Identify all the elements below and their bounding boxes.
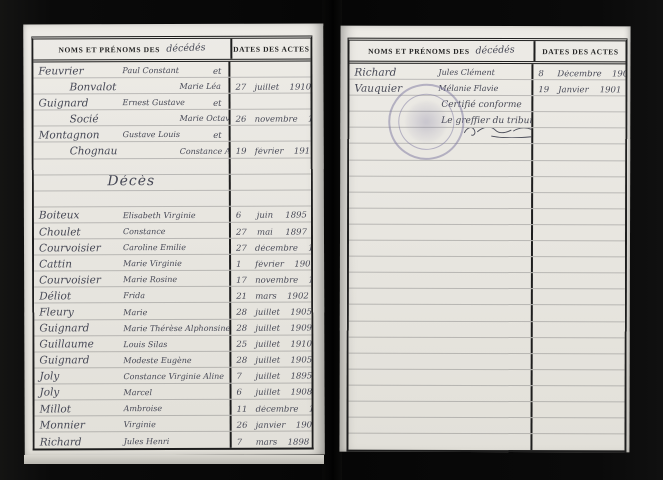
- date-day: 21: [231, 293, 255, 302]
- date-month: mars: [255, 293, 277, 302]
- names-column-header-cell: NOMS ET PRÉNOMS DES décédés: [349, 41, 535, 61]
- surname-text: Guignard: [34, 355, 123, 366]
- names-cell: [349, 128, 533, 144]
- table-row: CattinMarie Virginie1février1900: [34, 255, 311, 272]
- table-row: [349, 144, 625, 161]
- names-cell: [349, 321, 533, 337]
- table-row: GuignardModeste Eugène28juillet1905: [34, 351, 311, 368]
- names-cell: MillotAmbroise: [35, 400, 232, 416]
- date-year: 1900: [298, 276, 311, 285]
- names-cell: [348, 434, 532, 451]
- date-year: 1895: [280, 373, 311, 382]
- table-row: MillotAmbroise11décembre1906: [35, 399, 312, 416]
- table-row: SociéMarie Octavie26novembre1910: [34, 110, 311, 127]
- date-month: novembre: [255, 276, 298, 285]
- date-year: 1906: [298, 405, 311, 414]
- date-month: juillet: [255, 373, 280, 382]
- names-cell: Le greffier du tribunal: [349, 112, 533, 128]
- names-cell: FeuvrierPaul Constantet: [33, 62, 230, 78]
- left-page: NOMS ET PRÉNOMS DES décédés DATES DES AC…: [23, 23, 325, 455]
- surname-text: Fleury: [34, 307, 123, 318]
- names-cell: FleuryMarie: [34, 303, 231, 319]
- surname-text: Feuvrier: [33, 66, 122, 77]
- given-names-text: Frida: [123, 293, 145, 302]
- table-row: Décès: [34, 174, 311, 191]
- names-cell: RichardJules Henri: [35, 432, 232, 449]
- certification-text: Le greffier du tribunal: [441, 117, 533, 126]
- names-cell: MonnierVirginie: [35, 416, 232, 432]
- dates-cell: 21mars1902: [231, 292, 311, 302]
- names-cell: [349, 176, 533, 192]
- date-month: décembre: [255, 244, 298, 253]
- date-year: 1895: [275, 212, 311, 221]
- table-row: DéliotFrida21mars1902: [34, 287, 311, 304]
- table-row: [349, 128, 625, 145]
- names-cell: [34, 158, 231, 174]
- names-cell: SociéMarie Octavie: [34, 110, 231, 126]
- names-cell: [349, 208, 533, 224]
- names-cell: [349, 289, 533, 305]
- surname-text: Choulet: [34, 227, 123, 238]
- date-year: 1908: [280, 389, 311, 398]
- surname-text: Richard: [349, 67, 438, 78]
- table-row: JolyMarcel6juillet1908: [35, 383, 312, 400]
- surname-text: Guillaume: [34, 339, 123, 350]
- dates-cell: 28juillet1905: [231, 357, 311, 367]
- surname-text: Joly: [35, 388, 124, 399]
- date-day: 17: [231, 277, 255, 286]
- dates-column-label: DATES DES ACTES: [542, 47, 618, 56]
- given-names-text: Jules Henri: [124, 438, 170, 447]
- table-header-right: NOMS ET PRÉNOMS DES décédés DATES DES AC…: [349, 41, 625, 65]
- table-row: MontagnonGustave Louiset: [34, 126, 311, 143]
- names-cell: CattinMarie Virginie: [34, 255, 231, 271]
- dates-column-header-cell: DATES DES ACTES: [535, 41, 625, 61]
- et-conjunction: et: [213, 67, 228, 76]
- table-row: [349, 369, 625, 386]
- names-cell: Certifié conforme: [349, 96, 533, 112]
- date-year: 1901: [589, 86, 625, 95]
- date-day: 7: [231, 373, 255, 382]
- dates-cell: 19février1911: [231, 148, 311, 158]
- names-cell: [349, 337, 533, 353]
- date-month: juillet: [255, 325, 280, 334]
- names-cell: RichardJules Clément: [349, 64, 533, 80]
- table-row: [349, 225, 625, 242]
- names-column-label: NOMS ET PRÉNOMS DES: [58, 45, 160, 54]
- table-row: [349, 289, 625, 306]
- given-names-text: Constance: [123, 228, 166, 237]
- given-names-text: Mélanie Flavie: [438, 85, 498, 94]
- dates-cell: 8Décembre1900: [533, 70, 625, 80]
- table-row: [349, 208, 625, 225]
- date-year: 1898: [277, 438, 311, 447]
- dates-cell: 27juillet1910: [230, 83, 310, 93]
- given-names-text: Marie Léa: [179, 83, 220, 92]
- dates-cell: 26janvier1900: [232, 421, 312, 431]
- names-cell: [349, 144, 533, 160]
- table-row: GuignardMarie Thérèse Alphonsine28juille…: [34, 319, 311, 336]
- table-row: [349, 386, 625, 403]
- date-month: juillet: [255, 309, 280, 318]
- et-conjunction: et: [213, 100, 228, 109]
- names-cell: BonvalotMarie Léa: [33, 78, 230, 94]
- date-day: 6: [231, 212, 255, 221]
- names-cell: GuignardMarie Thérèse Alphonsine: [34, 319, 231, 335]
- surname-text: Bonvalot: [33, 82, 179, 93]
- date-month: décembre: [256, 405, 299, 414]
- section-heading: Décès: [107, 174, 155, 189]
- date-month: juillet: [256, 389, 281, 398]
- table-row: [349, 241, 625, 258]
- names-cell: [349, 273, 533, 289]
- greffier-signature-flourish: [461, 128, 533, 139]
- names-cell: GuignardErnest Gustaveet: [33, 94, 230, 110]
- surname-text: Guignard: [34, 323, 123, 334]
- date-month: mai: [255, 228, 275, 237]
- dates-cell: 6juillet1908: [232, 389, 312, 399]
- given-names-text: Gustave Louis: [123, 131, 180, 140]
- given-names-text: Louis Silas: [123, 341, 167, 350]
- table-row: [349, 402, 625, 419]
- names-cell: JolyMarcel: [35, 384, 232, 400]
- date-day: 1: [231, 260, 255, 269]
- table-row: MonnierVirginie26janvier1900: [35, 416, 312, 433]
- date-day: 27: [231, 244, 255, 253]
- dates-cell: 1février1900: [231, 260, 311, 270]
- dates-cell: 28juillet1909: [231, 325, 311, 335]
- registry-table-left: NOMS ET PRÉNOMS DES décédés DATES DES AC…: [31, 36, 313, 451]
- table-row: [348, 418, 624, 435]
- given-names-text: Marie: [123, 309, 147, 318]
- names-cell: [349, 192, 533, 208]
- names-qualifier-handwritten: décédés: [166, 43, 206, 54]
- dates-cell: 26novembre1910: [231, 115, 311, 125]
- table-row: ChognauConstance Albine19février1911: [34, 142, 311, 159]
- dates-cell: 19Janvier1901: [533, 86, 625, 96]
- registry-table-right: NOMS ET PRÉNOMS DES décédés DATES DES AC…: [346, 38, 627, 453]
- date-year: 1910: [280, 341, 311, 350]
- names-cell: DéliotFrida: [34, 287, 231, 303]
- date-year: 1911: [284, 148, 311, 157]
- date-year: 1910: [279, 83, 310, 92]
- table-row: ChouletConstance27mai1897: [34, 222, 311, 239]
- table-row: [349, 353, 625, 370]
- surname-text: Socié: [34, 114, 180, 125]
- date-year: 1900: [284, 260, 311, 269]
- surname-text: Joly: [34, 372, 123, 383]
- date-month: novembre: [255, 115, 298, 124]
- table-body-right: RichardJules Clément8Décembre1900Vauquie…: [348, 64, 625, 451]
- dates-cell: 25juillet1910: [231, 341, 311, 351]
- date-day: 7: [232, 438, 256, 447]
- given-names-text: Paul Constant: [122, 67, 179, 76]
- names-cell: CourvoisierCaroline Emilie: [34, 239, 231, 255]
- names-cell: [349, 402, 533, 418]
- date-year: 1902: [277, 292, 311, 301]
- table-body-left: FeuvrierPaul ConstantetBonvalotMarie Léa…: [33, 62, 311, 449]
- greffier-signature: [461, 128, 533, 143]
- dates-cell: 6juin1895: [231, 212, 311, 222]
- names-cell: [349, 353, 533, 369]
- given-names-text: Virginie: [124, 421, 156, 430]
- surname-text: Courvoisier: [34, 275, 123, 286]
- surname-text: Cattin: [34, 259, 123, 270]
- date-month: janvier: [256, 421, 286, 430]
- given-names-text: Marie Virginie: [123, 260, 182, 269]
- date-month: juillet: [255, 341, 280, 350]
- date-day: 19: [231, 148, 255, 157]
- date-year: 1899: [298, 244, 311, 253]
- table-row: JolyConstance Virginie Aline7juillet1895: [34, 367, 311, 384]
- names-cell: [349, 305, 533, 321]
- given-names-text: Marcel: [124, 389, 153, 398]
- names-cell: ChouletConstance: [34, 223, 231, 239]
- names-cell: CourvoisierMarie Rosine: [34, 271, 231, 287]
- names-cell: Décès: [34, 174, 231, 190]
- surname-text: Déliot: [34, 291, 123, 302]
- date-month: mars: [256, 438, 278, 447]
- date-month: février: [255, 260, 284, 269]
- given-names-text: Marie Rosine: [123, 276, 177, 285]
- given-names-text: Ernest Gustave: [123, 99, 185, 108]
- table-row: [349, 273, 625, 290]
- dates-column-label: DATES DES ACTES: [233, 44, 309, 53]
- table-row: [349, 321, 625, 338]
- date-month: Janvier: [557, 86, 589, 95]
- date-day: 6: [232, 389, 256, 398]
- table-row: Le greffier du tribunal: [349, 112, 625, 129]
- surname-text: Chognau: [34, 146, 180, 157]
- date-day: 19: [533, 86, 557, 95]
- names-cell: JolyConstance Virginie Aline: [34, 368, 231, 384]
- table-row: [348, 434, 624, 451]
- date-month: juillet: [254, 83, 279, 92]
- names-cell: MontagnonGustave Louiset: [34, 126, 231, 142]
- date-year: 1900: [602, 70, 626, 79]
- names-cell: VauquierMélanie Flavie: [349, 80, 533, 96]
- surname-text: Montagnon: [34, 130, 123, 141]
- given-names-text: Constance Virginie Aline: [123, 373, 224, 382]
- names-cell: [349, 160, 533, 176]
- date-day: 27: [230, 83, 254, 92]
- table-row: CourvoisierMarie Rosine17novembre1900: [34, 271, 311, 288]
- date-year: 1905: [280, 309, 311, 318]
- table-row: RichardJules Henri7mars1898: [35, 432, 312, 449]
- page-bottom-edge: [24, 455, 324, 464]
- et-conjunction: et: [213, 132, 228, 141]
- date-year: 1910: [298, 115, 311, 124]
- table-row: [349, 337, 625, 354]
- surname-text: Guignard: [34, 98, 123, 109]
- date-year: 1897: [275, 228, 311, 237]
- table-header-left: NOMS ET PRÉNOMS DES décédés DATES DES AC…: [33, 39, 310, 63]
- surname-text: Vauquier: [349, 83, 438, 94]
- names-cell: [349, 225, 533, 241]
- given-names-text: Jules Clément: [438, 69, 494, 78]
- table-row: FeuvrierPaul Constantet: [33, 62, 310, 79]
- names-cell: ChognauConstance Albine: [34, 142, 231, 158]
- names-cell: [349, 386, 533, 402]
- given-names-text: Modeste Eugène: [123, 357, 191, 366]
- table-row: [349, 257, 625, 274]
- date-month: juin: [255, 212, 275, 221]
- date-month: juillet: [255, 357, 280, 366]
- surname-text: Millot: [35, 404, 124, 415]
- date-day: 28: [231, 357, 255, 366]
- surname-text: Richard: [35, 437, 124, 448]
- date-day: 11: [232, 405, 256, 414]
- given-names-text: Constance Albine: [180, 147, 231, 156]
- names-cell: GuillaumeLouis Silas: [34, 335, 231, 351]
- date-day: 26: [231, 116, 255, 125]
- date-day: 28: [231, 309, 255, 318]
- given-names-text: Ambroise: [124, 405, 163, 414]
- dates-cell: 28juillet1905: [231, 309, 311, 319]
- names-column-label: NOMS ET PRÉNOMS DES: [368, 46, 470, 55]
- names-column-header-cell: NOMS ET PRÉNOMS DES décédés: [33, 39, 232, 60]
- table-row: BonvalotMarie Léa27juillet1910: [33, 78, 310, 95]
- names-cell: [348, 418, 532, 434]
- surname-text: Monnier: [35, 420, 124, 431]
- table-row: [349, 160, 625, 177]
- names-cell: GuignardModeste Eugène: [34, 351, 231, 367]
- names-qualifier-handwritten: décédés: [475, 46, 515, 57]
- date-year: 1909: [280, 325, 311, 334]
- date-day: 26: [232, 421, 256, 430]
- date-year: 1900: [285, 421, 311, 430]
- date-day: 27: [231, 228, 255, 237]
- table-row: BoiteuxElisabeth Virginie6juin1895: [34, 206, 311, 223]
- table-row: VauquierMélanie Flavie19Janvier1901: [349, 80, 625, 97]
- table-row: [349, 192, 625, 209]
- dates-cell: 27décembre1899: [231, 244, 311, 254]
- table-row: RichardJules Clément8Décembre1900: [349, 64, 625, 81]
- table-row: GuignardErnest Gustaveet: [33, 94, 310, 111]
- date-month: février: [255, 148, 284, 157]
- right-page: NOMS ET PRÉNOMS DES décédés DATES DES AC…: [339, 26, 630, 453]
- dates-cell: 7mars1898: [232, 438, 312, 448]
- names-cell: [349, 369, 533, 385]
- date-month: Décembre: [557, 70, 601, 79]
- date-day: 25: [231, 341, 255, 350]
- dates-cell: 17novembre1900: [231, 276, 311, 286]
- given-names-text: Caroline Emilie: [123, 244, 186, 253]
- table-row: FleuryMarie28juillet1905: [34, 303, 311, 320]
- date-year: 1905: [280, 357, 311, 366]
- names-cell: BoiteuxElisabeth Virginie: [34, 207, 231, 223]
- table-row: [349, 305, 625, 322]
- table-row: Certifié conforme: [349, 96, 625, 113]
- table-row: GuillaumeLouis Silas25juillet1910: [34, 335, 311, 352]
- dates-cell: [532, 449, 624, 450]
- date-day: 28: [231, 325, 255, 334]
- names-cell: [34, 191, 231, 207]
- dates-cell: 7juillet1895: [231, 373, 311, 383]
- names-cell: [349, 257, 533, 273]
- table-row: [34, 190, 311, 207]
- dates-cell: 11décembre1906: [232, 405, 312, 415]
- dates-column-header-cell: DATES DES ACTES: [232, 39, 310, 59]
- table-row: [34, 158, 311, 175]
- table-row: CourvoisierCaroline Emilie27décembre1899: [34, 239, 311, 256]
- certification-text: Certifié conforme: [441, 101, 521, 110]
- names-cell: [349, 241, 533, 257]
- dates-cell: 27mai1897: [231, 228, 311, 238]
- surname-text: Boiteux: [34, 211, 123, 222]
- given-names-text: Marie Thérèse Alphonsine: [123, 324, 230, 333]
- given-names-text: Elisabeth Virginie: [123, 212, 196, 221]
- scanned-registry-spread: NOMS ET PRÉNOMS DES décédés DATES DES AC…: [0, 0, 663, 480]
- surname-text: Courvoisier: [34, 243, 123, 254]
- date-day: 8: [533, 70, 557, 79]
- table-row: [349, 176, 625, 193]
- given-names-text: Marie Octavie: [180, 115, 231, 124]
